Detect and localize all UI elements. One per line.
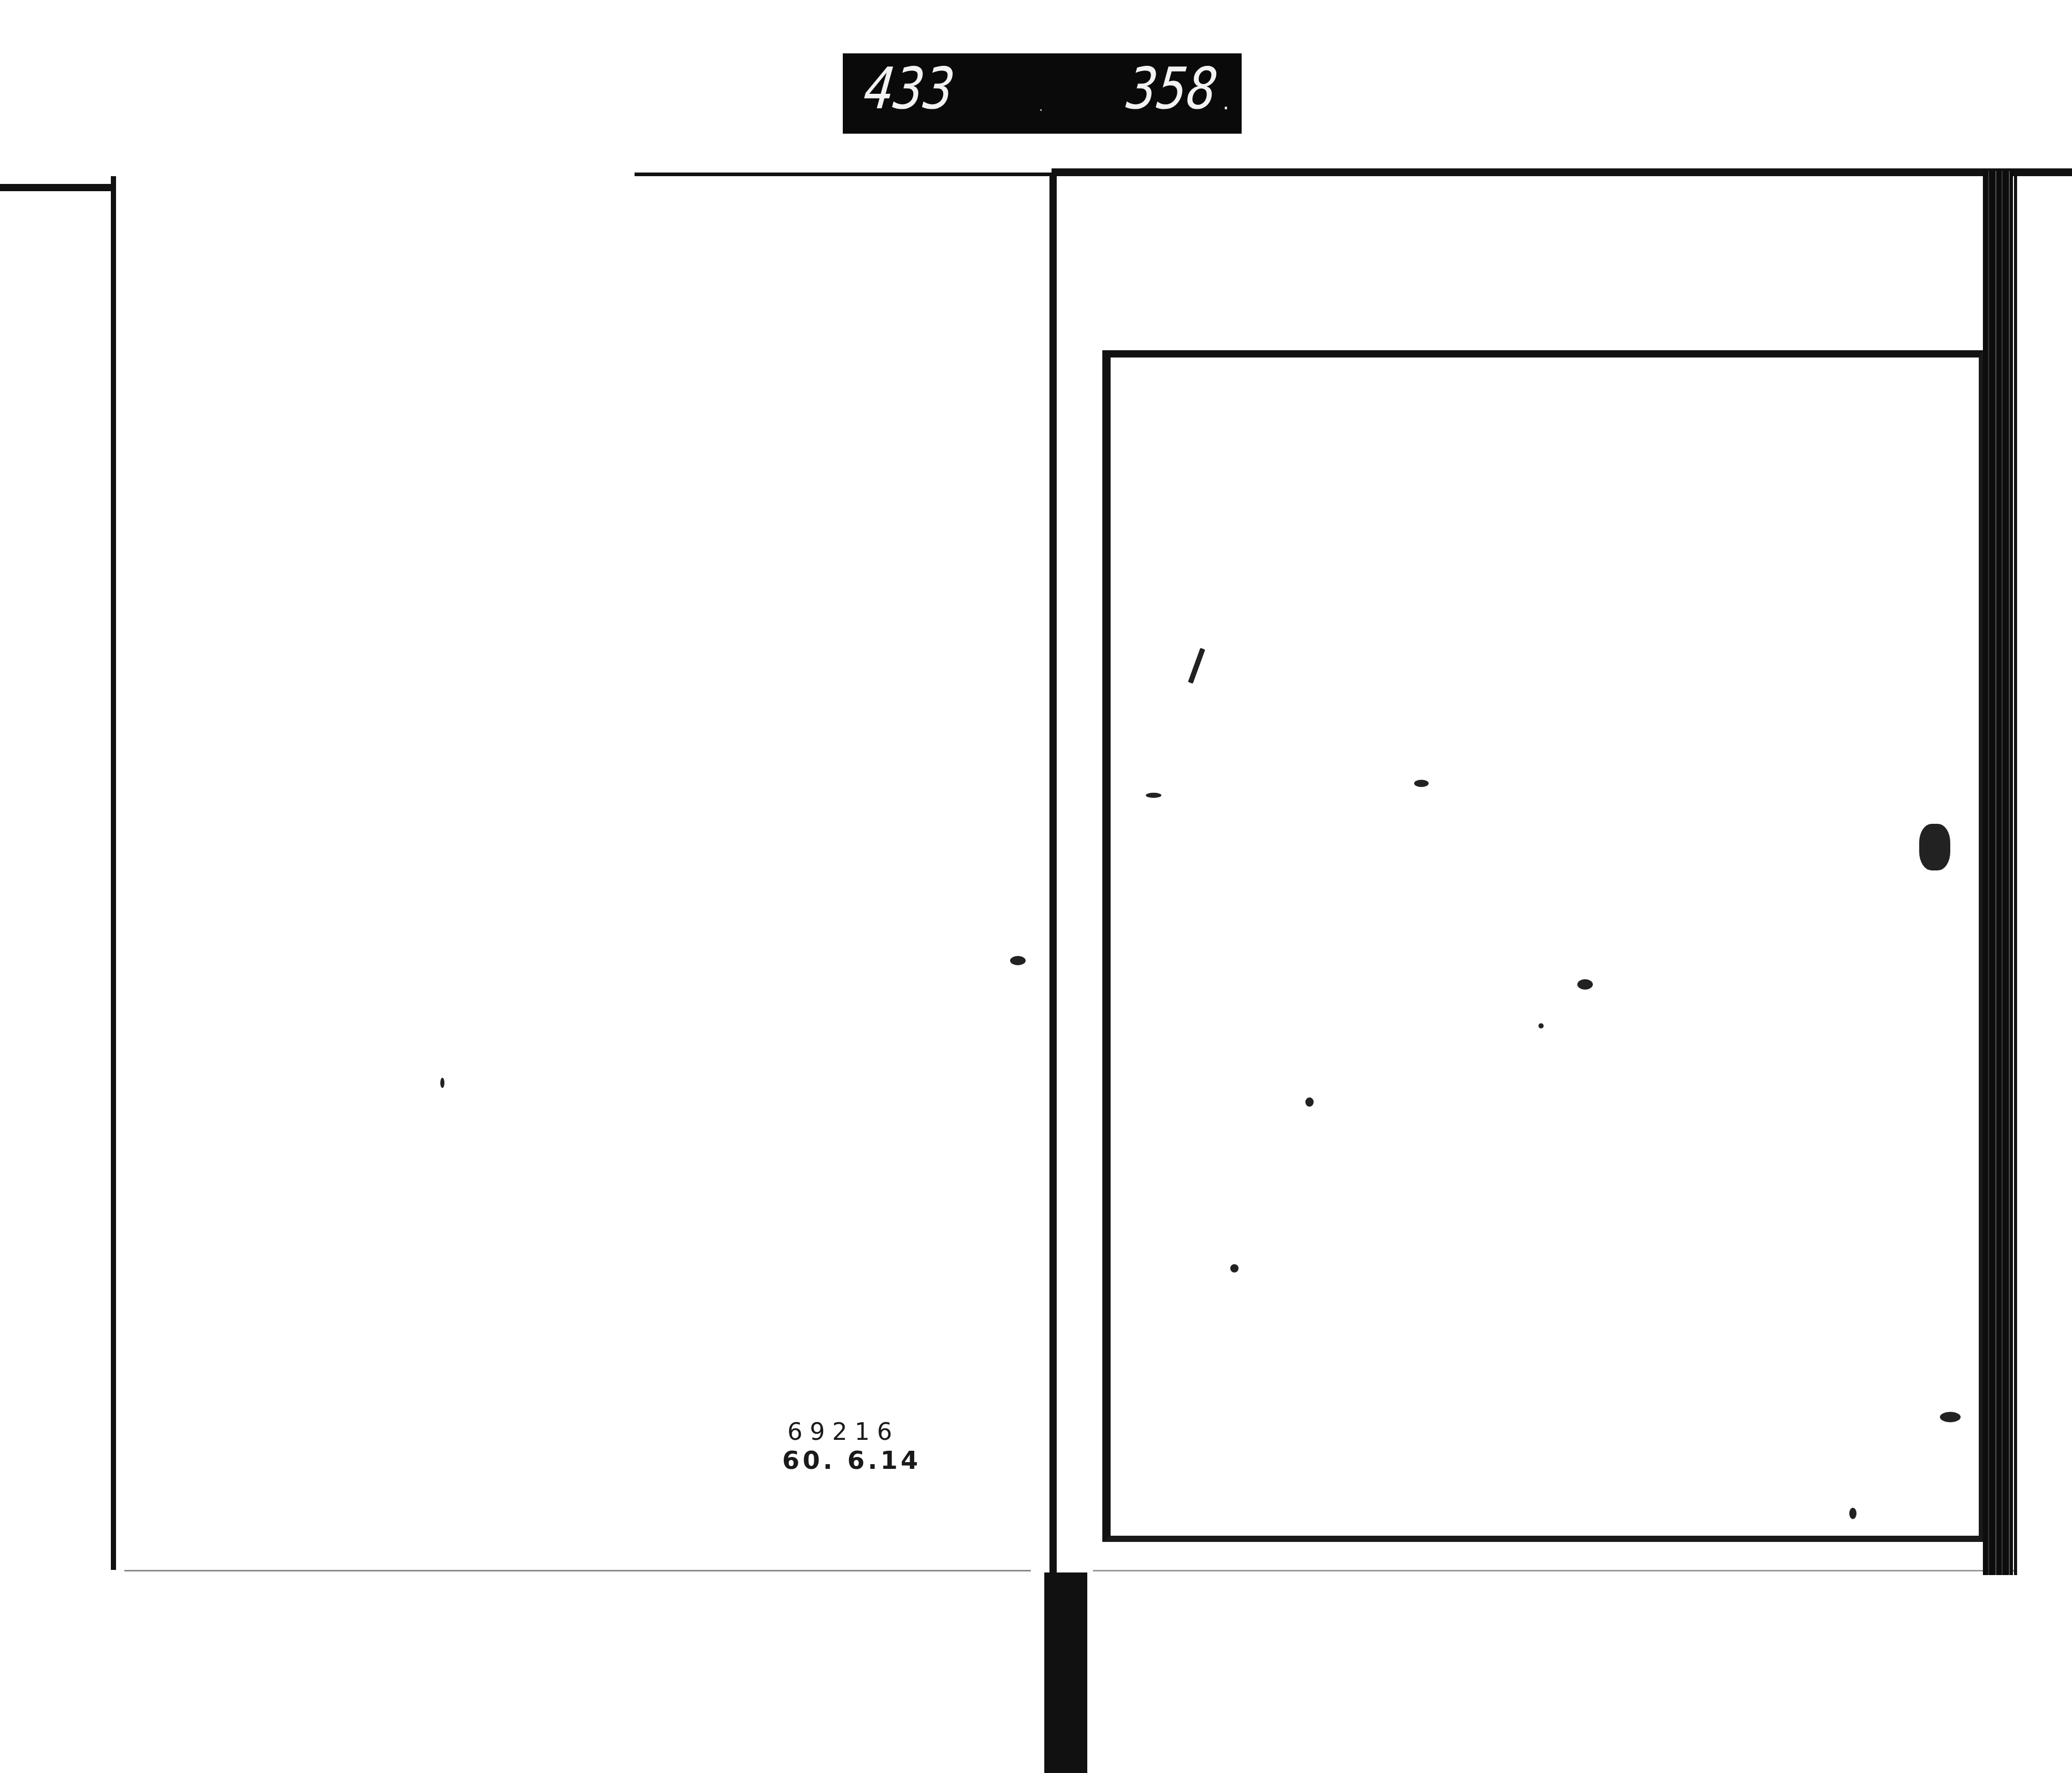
frame-counter-right-digits: 358 — [1124, 55, 1221, 122]
accession-stamp: 69216 60. 6.14 — [782, 1417, 921, 1475]
scan-speck — [440, 1078, 444, 1088]
frame-counter-right: 358 . — [1128, 60, 1229, 118]
left-page-bottom-edge — [124, 1570, 1031, 1571]
scan-speck — [1010, 956, 1026, 965]
frame-counter: 433 . 358 . — [843, 53, 1242, 134]
book-spine — [1983, 171, 2013, 1575]
scan-speck — [1940, 1412, 1961, 1422]
frame-counter-trailing-dot: . — [1222, 91, 1229, 118]
left-page-edge — [111, 176, 116, 1570]
scan-speck — [1305, 1097, 1314, 1107]
scan-speck — [1577, 979, 1593, 990]
scan-speck — [1414, 780, 1429, 787]
top-rule — [635, 173, 2072, 176]
scan-speck — [1146, 793, 1161, 798]
stamp-date: 60. 6.14 — [782, 1446, 921, 1475]
frame-counter-left-digits: 433 — [861, 55, 958, 122]
scan-speck — [1230, 1264, 1239, 1272]
frame-counter-separator: . — [1039, 99, 1043, 114]
scan-speck — [1538, 1023, 1544, 1028]
stamp-accession-number: 69216 — [782, 1417, 921, 1446]
right-page-bottom-edge — [1093, 1570, 2015, 1571]
center-gutter-line — [1049, 176, 1057, 1575]
scan-speck — [1919, 824, 1950, 870]
left-page — [116, 192, 1048, 1570]
book-spine-edge — [2014, 171, 2017, 1575]
top-rule-left — [0, 184, 115, 191]
gutter-tail — [1055, 1549, 1057, 1575]
right-page-border-frame — [1102, 350, 1983, 1542]
gutter-block — [1044, 1572, 1087, 1773]
frame-counter-left: 433 — [865, 60, 954, 118]
scan-speck — [1849, 1508, 1857, 1519]
top-rule-right — [1052, 168, 2072, 173]
